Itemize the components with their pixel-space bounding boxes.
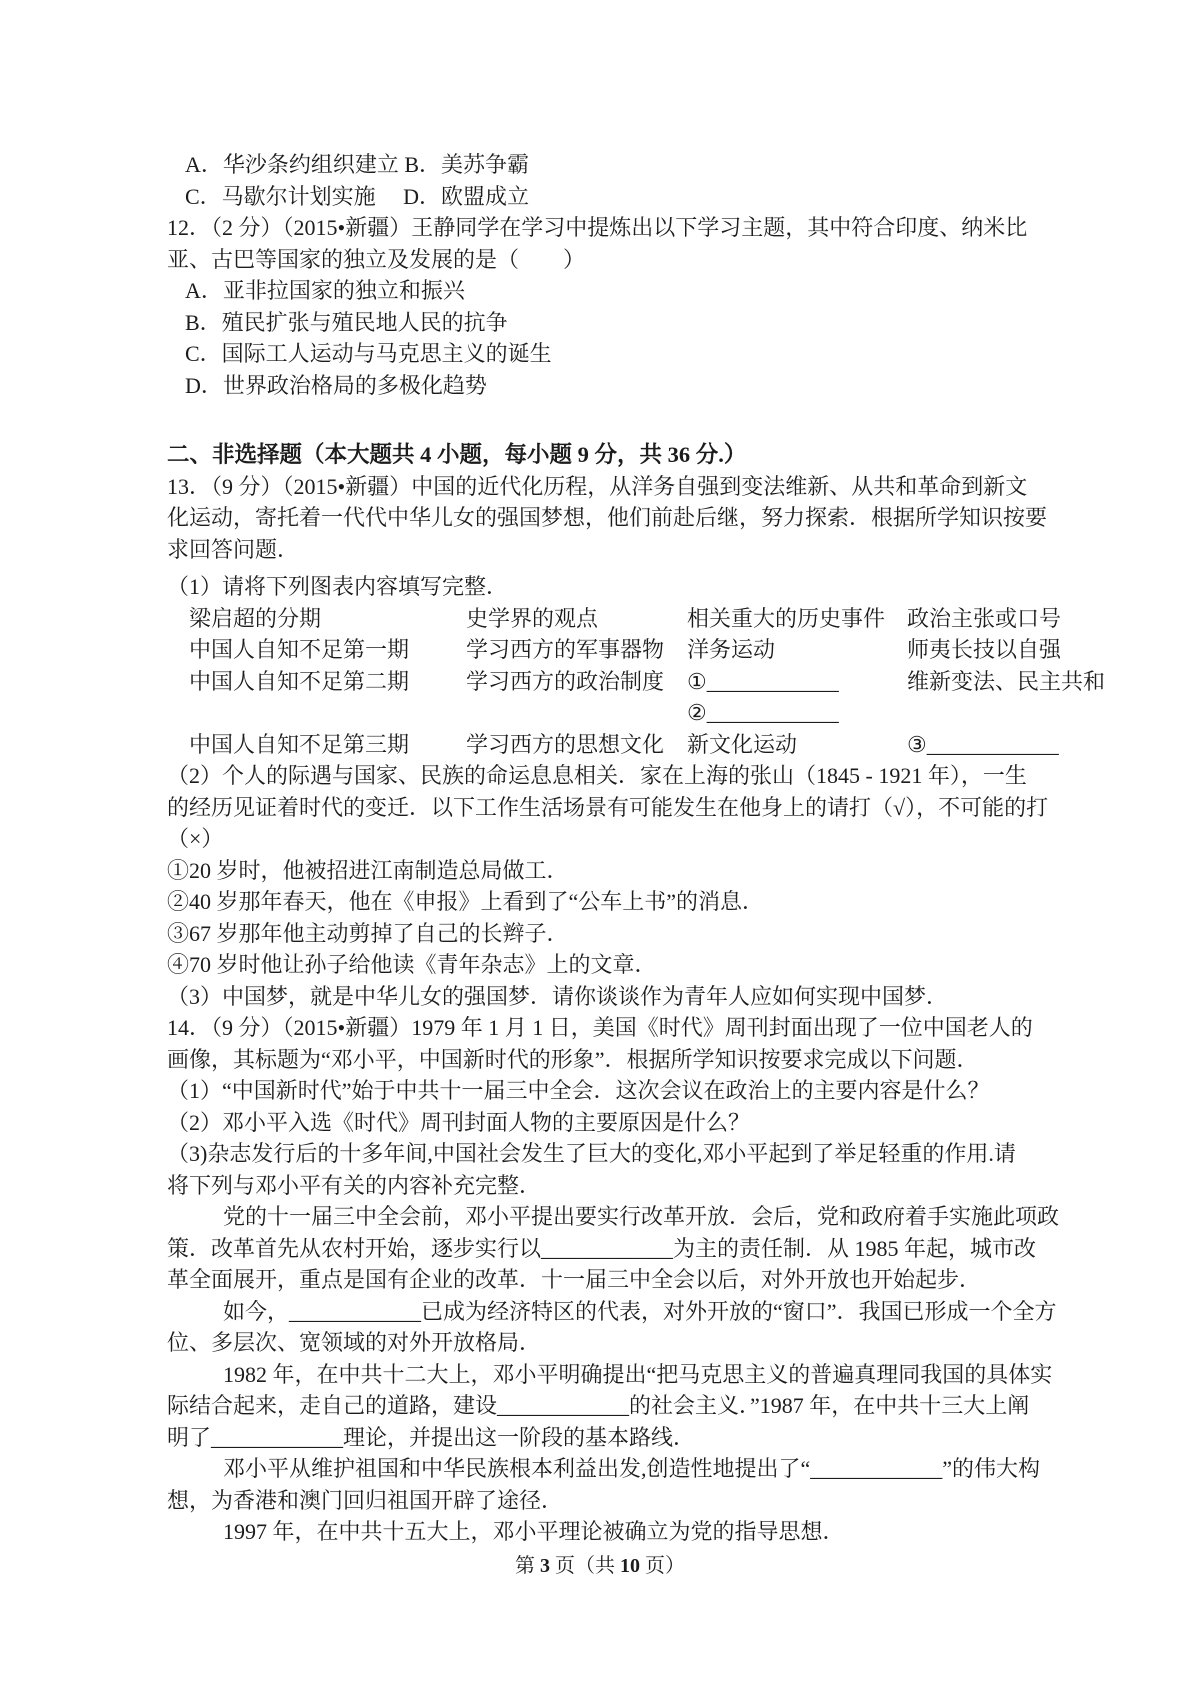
q13-scenario-2: ②40 岁那年春天，他在《申报》上看到了“公车上书”的消息．	[167, 886, 1047, 918]
q14-fill-p3-line-2: 际结合起来，走自己的道路，建设____________的社会主义．”1987 年…	[167, 1390, 1047, 1422]
q12-stem-line-2: 亚、古巴等国家的独立及发展的是（ ）	[167, 244, 1047, 276]
footer-middle: 页（共	[550, 1555, 620, 1577]
q13-scenario-1: ①20 岁时，他被招进江南制造总局做工．	[167, 855, 1047, 887]
q14-fill-p4-line-2: 想，为香港和澳门回归祖国开辟了途径．	[167, 1485, 1047, 1517]
q13-table-r3-claim: ③____________	[907, 729, 1154, 761]
q12-option-c: C．国际工人运动与马克思主义的诞生	[167, 338, 1047, 370]
q14-fill-p5-line-1: 1997 年，在中共十五大上，邓小平理论被确立为党的指导思想．	[167, 1516, 1047, 1548]
q14-part3-line-2: 将下列与邓小平有关的内容补充完整．	[167, 1170, 1047, 1202]
q14-fill-p1-line-2: 策．改革首先从农村开始，逐步实行以____________为主的责任制．从 19…	[167, 1233, 1047, 1265]
q13-table-r2-view: 学习西方的政治制度	[466, 666, 687, 729]
q13-part2-line-3: （×）	[167, 823, 1047, 855]
q12-stem-line-1: 12．（2 分）（2015•新疆）王静同学在学习中提炼出以下学习主题，其中符合印…	[167, 212, 1047, 244]
q13-part3-label: （3）中国梦，就是中华儿女的强国梦．请你谈谈作为青年人应如何实现中国梦．	[167, 981, 1047, 1013]
q14-fill-p1-line-3: 革全面展开，重点是国有企业的改革．十一届三中全会以后，对外开放也开始起步．	[167, 1264, 1047, 1296]
page-footer: 第 3 页（共 10 页）	[0, 1552, 1200, 1580]
q13-stem-line-3: 求回答问题．	[167, 534, 1047, 566]
q13-table-r2-event-blank-2: ②____________	[687, 697, 907, 729]
q14-part1-label: （1）“中国新时代”始于中共十一届三中全会．这次会议在政治上的主要内容是什么？	[167, 1075, 1047, 1107]
q12-option-a: A．亚非拉国家的独立和振兴	[167, 275, 1047, 307]
q13-table-header-claim: 政治主张或口号	[907, 603, 1154, 635]
q13-table-r2-claim: 维新变法、民主共和	[907, 666, 1154, 729]
footer-suffix: 页）	[640, 1555, 685, 1577]
q13-table-r3-view: 学习西方的思想文化	[466, 729, 687, 761]
q14-stem-line-2: 画像，其标题为“邓小平，中国新时代的形象”．根据所学知识按要求完成以下问题．	[167, 1044, 1047, 1076]
q13-part1-label: （1）请将下列图表内容填写完整．	[167, 571, 1047, 603]
q13-scenario-3: ③67 岁那年他主动剪掉了自己的长辫子．	[167, 918, 1047, 950]
q11-option-row-ab: A．华沙条约组织建立 B．美苏争霸	[167, 149, 1047, 181]
q14-fill-p4-line-1: 邓小平从维护祖国和中华民族根本利益出发,创造性地提出了“____________…	[167, 1453, 1047, 1485]
q13-table-r3-event: 新文化运动	[687, 729, 907, 761]
q13-table-r3-period: 中国人自知不足第三期	[189, 729, 466, 761]
q13-table-r1-claim: 师夷长技以自强	[907, 634, 1154, 666]
q13-table-header-event: 相关重大的历史事件	[687, 603, 907, 635]
q13-table-r1-period: 中国人自知不足第一期	[189, 634, 466, 666]
q13-part2-line-1: （2）个人的际遇与国家、民族的命运息息相关．家在上海的张山（1845 - 192…	[167, 760, 1047, 792]
q13-table: 梁启超的分期 史学界的观点 相关重大的历史事件 政治主张或口号 中国人自知不足第…	[189, 603, 1154, 761]
q12-option-b: B．殖民扩张与殖民地人民的抗争	[167, 307, 1047, 339]
q14-fill-p3-line-3: 明了____________理论，并提出这一阶段的基本路线．	[167, 1422, 1047, 1454]
exam-page: A．华沙条约组织建立 B．美苏争霸 C．马歇尔计划实施 D．欧盟成立 12．（2…	[0, 0, 1200, 1698]
q13-table-header-view: 史学界的观点	[466, 603, 687, 635]
q14-stem-line-1: 14．（9 分）（2015•新疆）1979 年 1 月 1 日，美国《时代》周刊…	[167, 1012, 1047, 1044]
q13-table-r1-event: 洋务运动	[687, 634, 907, 666]
q14-fill-p2-line-2: 位、多层次、宽领域的对外开放格局．	[167, 1327, 1047, 1359]
q13-table-r2-period: 中国人自知不足第二期	[189, 666, 466, 729]
q13-table-r2-event-blank-1: ①____________	[687, 666, 907, 698]
q11-option-row-cd: C．马歇尔计划实施 D．欧盟成立	[167, 181, 1047, 213]
footer-page-number: 3	[540, 1555, 550, 1577]
q13-table-header-period: 梁启超的分期	[189, 603, 466, 635]
q13-part2-line-2: 的经历见证着时代的变迁．以下工作生活场景有可能发生在他身上的请打（√），不可能的…	[167, 792, 1047, 824]
q14-fill-p1-line-1: 党的十一届三中全会前，邓小平提出要实行改革开放．会后，党和政府着手实施此项政	[167, 1201, 1047, 1233]
q14-part2-label: （2）邓小平入选《时代》周刊封面人物的主要原因是什么？	[167, 1107, 1047, 1139]
q13-stem-line-2: 化运动，寄托着一代代中华儿女的强国梦想，他们前赴后继，努力探索．根据所学知识按要	[167, 502, 1047, 534]
q13-stem-line-1: 13．（9 分）（2015•新疆）中国的近代化历程，从洋务自强到变法维新、从共和…	[167, 471, 1047, 503]
section2-header: 二、非选择题（本大题共 4 小题，每小题 9 分，共 36 分.）	[167, 439, 1047, 471]
q12-option-d: D．世界政治格局的多极化趋势	[167, 370, 1047, 402]
exam-content: A．华沙条约组织建立 B．美苏争霸 C．马歇尔计划实施 D．欧盟成立 12．（2…	[167, 149, 1047, 1548]
footer-total-pages: 10	[620, 1555, 640, 1577]
q14-part3-line-1: （3)杂志发行后的十多年间,中国社会发生了巨大的变化,邓小平起到了举足轻重的作用…	[167, 1138, 1047, 1170]
q14-fill-p3-line-1: 1982 年，在中共十二大上，邓小平明确提出“把马克思主义的普遍真理同我国的具体…	[167, 1359, 1047, 1391]
q13-scenario-4: ④70 岁时他让孙子给他读《青年杂志》上的文章．	[167, 949, 1047, 981]
q13-table-r1-view: 学习西方的军事器物	[466, 634, 687, 666]
q13-table-r2-event: ①____________ ②____________	[687, 666, 907, 729]
q14-fill-p2-line-1: 如今，____________已成为经济特区的代表，对外开放的“窗口”．我国已形…	[167, 1296, 1047, 1328]
footer-prefix: 第	[515, 1555, 540, 1577]
